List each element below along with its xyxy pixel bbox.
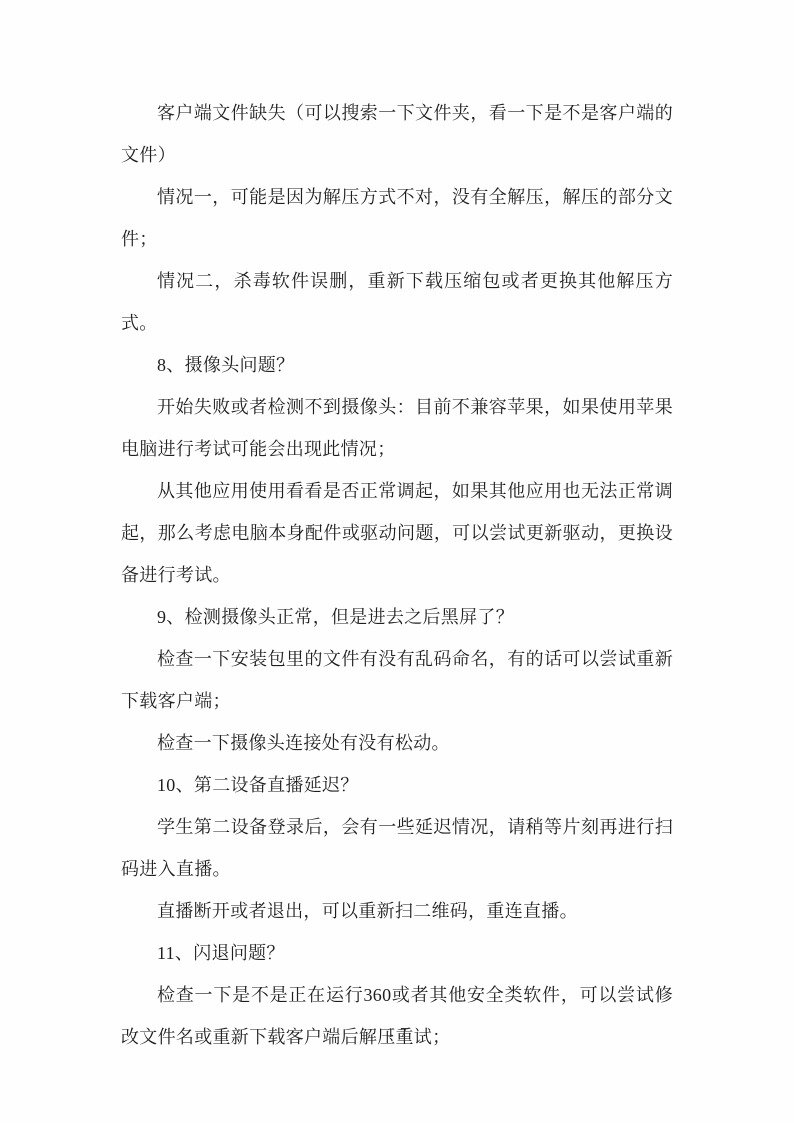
question-9-black-screen: 9、检测摄像头正常，但是进去之后黑屏了？ [121, 596, 673, 638]
paragraph-client-files-missing: 客户端文件缺失（可以搜索一下文件夹，看一下是不是客户端的文件） [121, 92, 673, 176]
paragraph-check-camera-connection: 检查一下摄像头连接处有没有松动。 [121, 722, 673, 764]
paragraph-camera-start-fail: 开始失败或者检测不到摄像头：目前不兼容苹果，如果使用苹果电脑进行考试可能会出现此… [121, 386, 673, 470]
document-page: 客户端文件缺失（可以搜索一下文件夹，看一下是不是客户端的文件） 情况一，可能是因… [0, 0, 794, 1123]
question-11-crash-issue: 11、闪退问题？ [121, 932, 673, 974]
paragraph-check-install-package-names: 检查一下安装包里的文件有没有乱码命名，有的话可以尝试重新下载客户端； [121, 638, 673, 722]
page-number: 17 [381, 1026, 413, 1042]
paragraph-second-device-login-delay: 学生第二设备登录后，会有一些延迟情况，请稍等片刻再进行扫码进入直播。 [121, 806, 673, 890]
paragraph-live-stream-reconnect: 直播断开或者退出，可以重新扫二维码，重连直播。 [121, 890, 673, 932]
paragraph-case-two-antivirus-deleted: 情况二，杀毒软件误删，重新下载压缩包或者更换其他解压方式。 [121, 260, 673, 344]
question-10-second-device-delay: 10、第二设备直播延迟？ [121, 764, 673, 806]
paragraph-case-one-unzip-wrong: 情况一，可能是因为解压方式不对，没有全解压，解压的部分文件； [121, 176, 673, 260]
document-body: 客户端文件缺失（可以搜索一下文件夹，看一下是不是客户端的文件） 情况一，可能是因… [121, 92, 673, 1058]
paragraph-camera-other-apps-check: 从其他应用使用看看是否正常调起，如果其他应用也无法正常调起，那么考虑电脑本身配件… [121, 470, 673, 596]
question-8-camera-issue: 8、摄像头问题？ [121, 344, 673, 386]
paragraph-check-360-security-software: 检查一下是不是正在运行360或者其他安全类软件，可以尝试修改文件名或重新下载客户… [121, 974, 673, 1058]
page-footer: 17 [0, 1024, 794, 1042]
